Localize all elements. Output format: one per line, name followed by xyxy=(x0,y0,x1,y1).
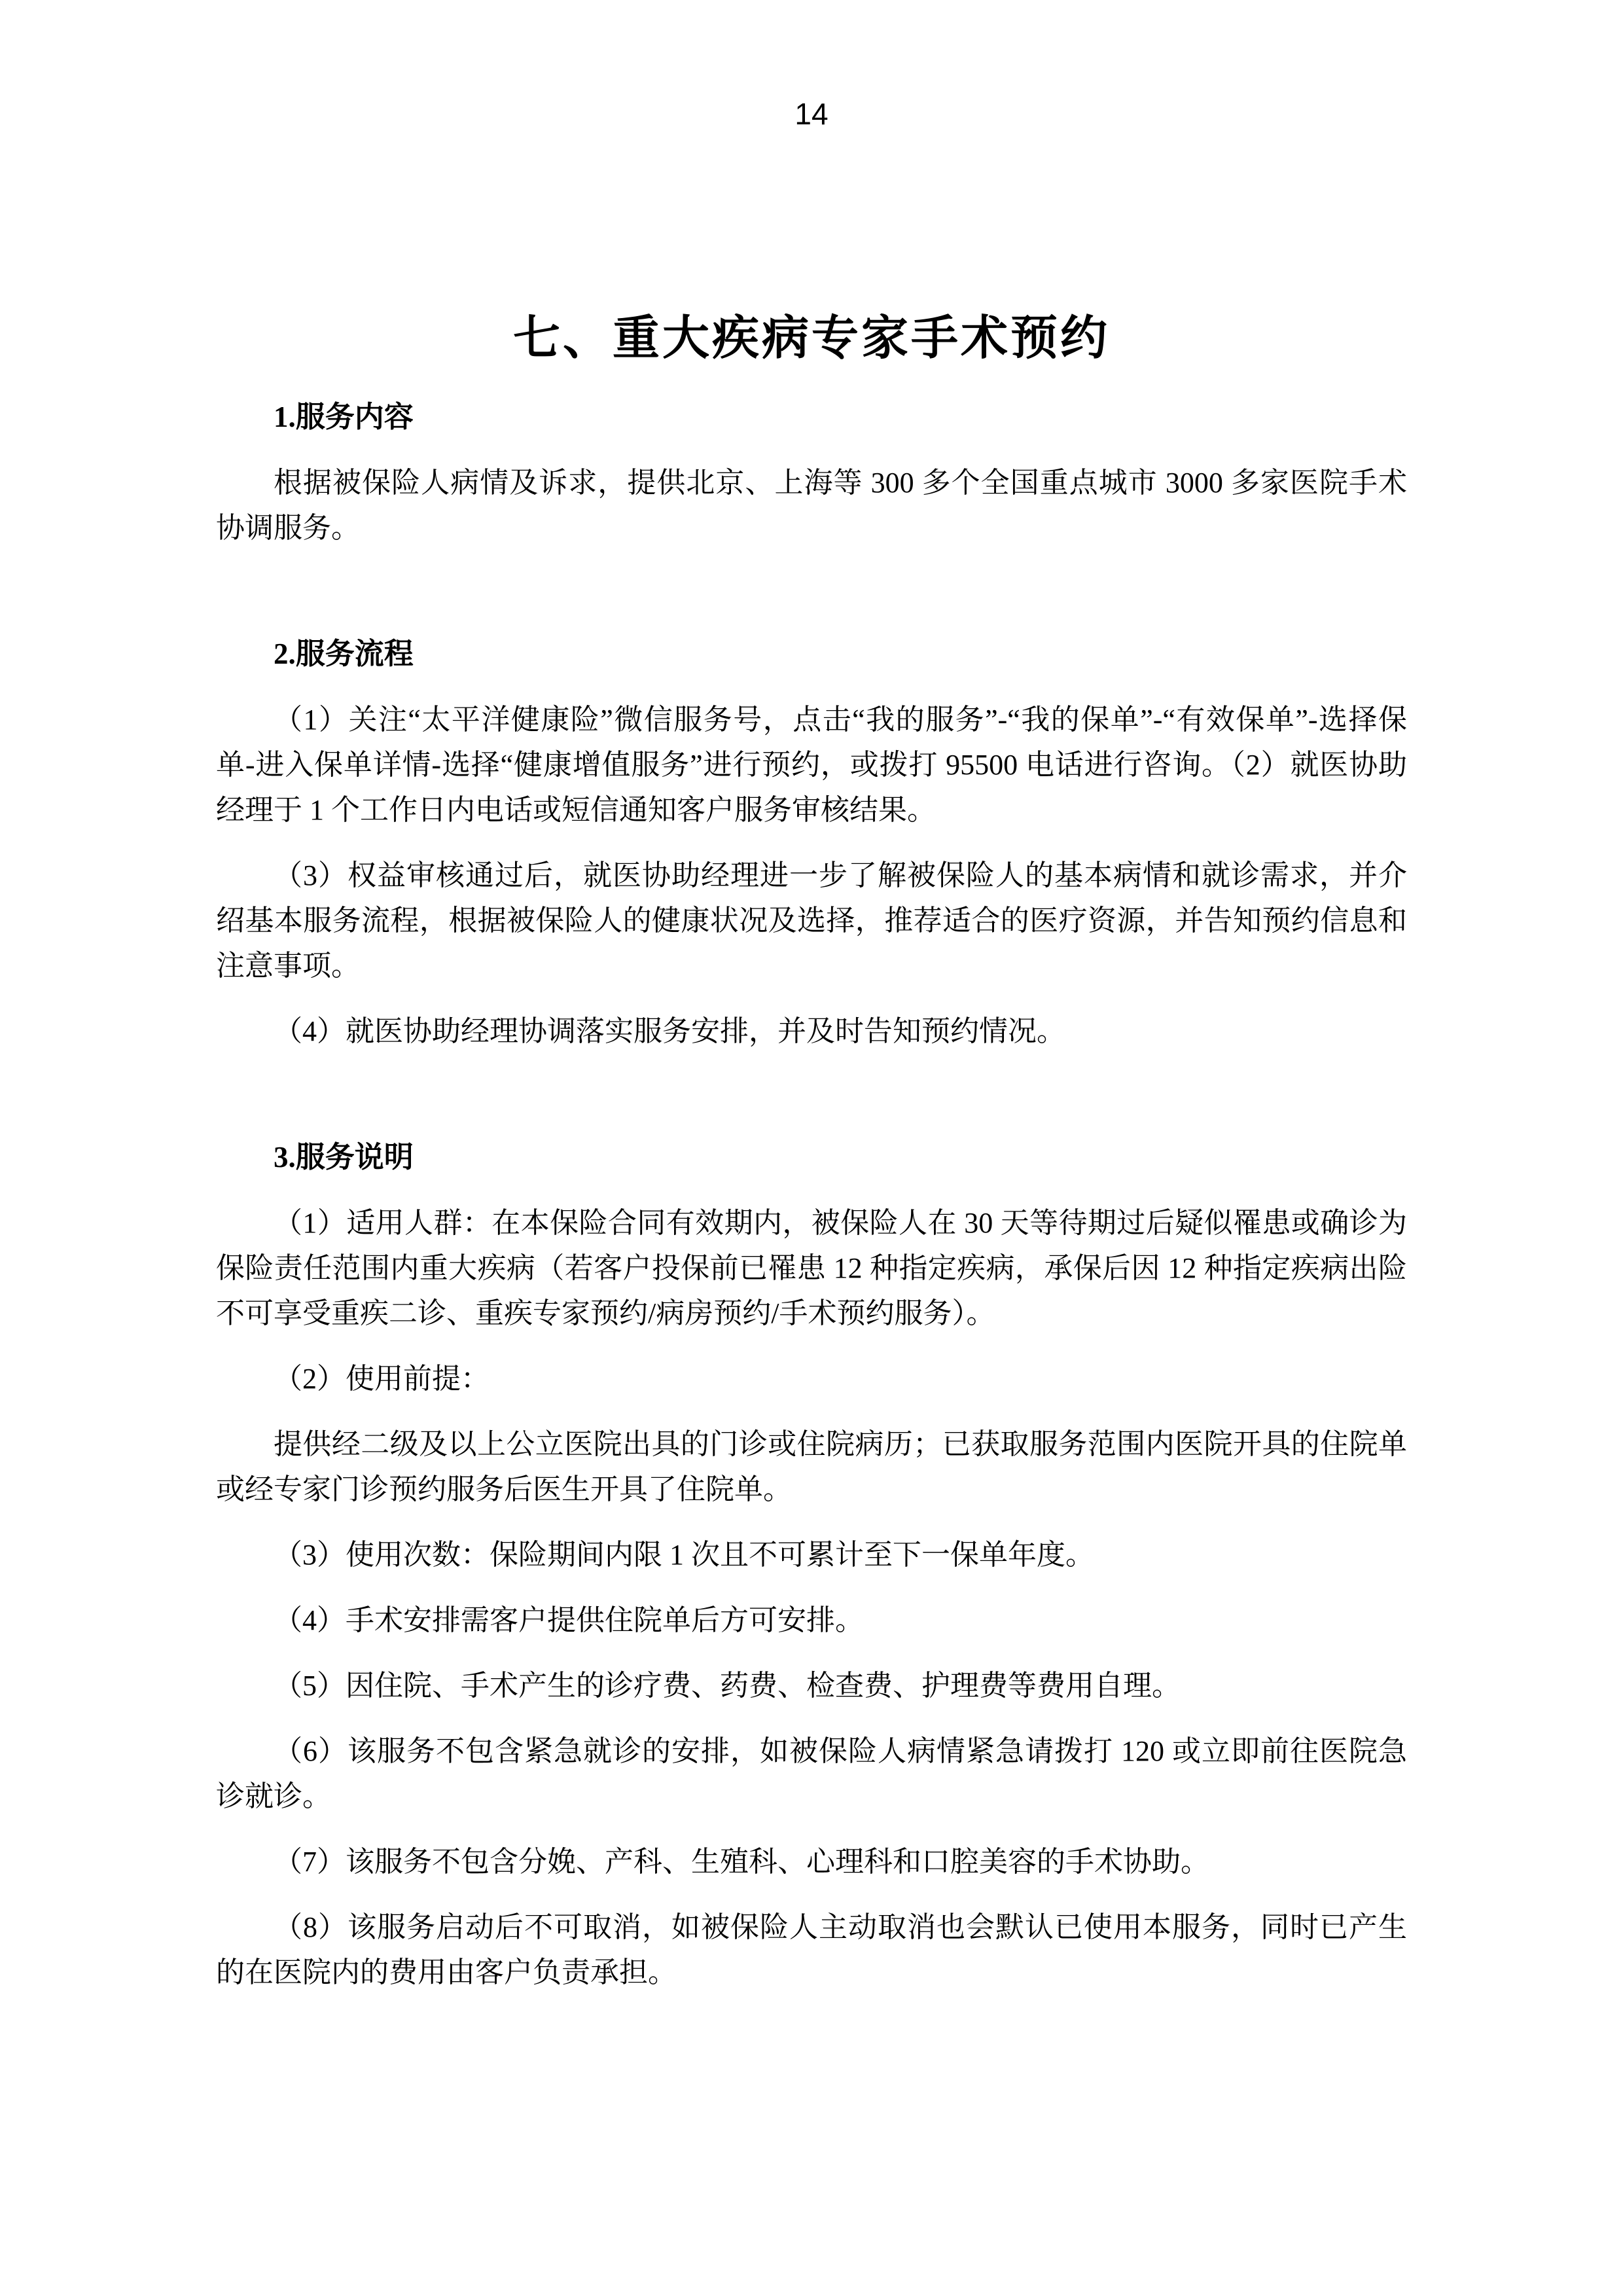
section-3-paragraph-8: （7）该服务不包含分娩、产科、生殖科、心理科和口腔美容的手术协助。 xyxy=(216,1839,1407,1884)
section-3-paragraph-5: （4）手术安排需客户提供住院单后方可安排。 xyxy=(216,1598,1407,1643)
document-page: 14 七、重大疾病专家手术预约 1.服务内容 根据被保险人病情及诉求，提供北京、… xyxy=(0,0,1623,2296)
section-service-process: 2.服务流程 （1）关注“太平洋健康险”微信服务号，点击“我的服务”-“我的保单… xyxy=(216,632,1407,1054)
section-3-paragraph-7: （6）该服务不包含紧急就诊的安排，如被保险人病情紧急请拨打 120 或立即前往医… xyxy=(216,1729,1407,1819)
section-1-heading: 1.服务内容 xyxy=(274,395,1407,440)
section-2-paragraph-1: （1）关注“太平洋健康险”微信服务号，点击“我的服务”-“我的保单”-“有效保单… xyxy=(216,697,1407,833)
page-number: 14 xyxy=(216,92,1407,137)
section-3-paragraph-4: （3）使用次数：保险期间内限 1 次且不可累计至下一保单年度。 xyxy=(216,1532,1407,1577)
section-service-notes: 3.服务说明 （1）适用人群：在本保险合同有效期内，被保险人在 30 天等待期过… xyxy=(216,1135,1407,1995)
section-3-heading: 3.服务说明 xyxy=(274,1135,1407,1180)
section-2-paragraph-3: （4）就医协助经理协调落实服务安排，并及时告知预约情况。 xyxy=(216,1009,1407,1054)
section-2-heading: 2.服务流程 xyxy=(274,632,1407,677)
section-2-paragraph-2: （3）权益审核通过后，就医协助经理进一步了解被保险人的基本病情和就诊需求，并介绍… xyxy=(216,853,1407,988)
section-3-paragraph-3: 提供经二级及以上公立医院出具的门诊或住院病历；已获取服务范围内医院开具的住院单或… xyxy=(216,1422,1407,1512)
document-title: 七、重大疾病专家手术预约 xyxy=(216,306,1407,371)
section-3-paragraph-9: （8）该服务启动后不可取消，如被保险人主动取消也会默认已使用本服务，同时已产生的… xyxy=(216,1905,1407,1995)
section-3-paragraph-2: （2）使用前提： xyxy=(216,1356,1407,1401)
section-3-paragraph-6: （5）因住院、手术产生的诊疗费、药费、检查费、护理费等费用自理。 xyxy=(216,1663,1407,1708)
section-service-content: 1.服务内容 根据被保险人病情及诉求，提供北京、上海等 300 多个全国重点城市… xyxy=(216,395,1407,550)
section-3-paragraph-1: （1）适用人群：在本保险合同有效期内，被保险人在 30 天等待期过后疑似罹患或确… xyxy=(216,1200,1407,1336)
section-1-paragraph-1: 根据被保险人病情及诉求，提供北京、上海等 300 多个全国重点城市 3000 多… xyxy=(216,460,1407,550)
